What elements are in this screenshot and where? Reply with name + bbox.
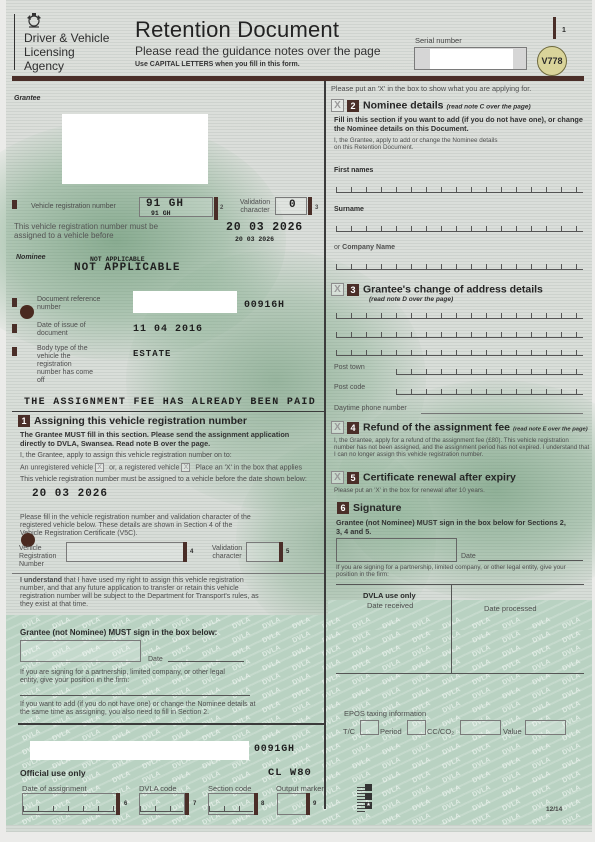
section-code-field[interactable]: [208, 793, 255, 815]
or-label: or: [334, 244, 342, 251]
epos-period-input[interactable]: [407, 720, 426, 735]
date-processed-label: Date processed: [484, 605, 537, 614]
section-3-checkbox[interactable]: X: [331, 283, 344, 296]
grantee-label: Grantee: [14, 95, 40, 102]
field-end-bar: [116, 793, 120, 815]
field-end-bar: [279, 542, 283, 562]
section-2-heading: X2Nominee details (read note C over the …: [331, 99, 531, 112]
issue-date-value: 11 04 2016: [133, 324, 203, 335]
assign-before-label: This vehicle registration number must be…: [14, 222, 174, 240]
section-6-heading: 6Signature: [337, 502, 401, 514]
phone-input[interactable]: [421, 413, 583, 414]
section-3-title: Grantee's change of address details: [363, 283, 543, 295]
nominee-value: NOT APPLICABLE: [74, 262, 180, 274]
section-3-note: (read note D over the page): [369, 296, 453, 303]
field-marker: [12, 298, 17, 307]
assign-before-value: 20 03 2026: [226, 221, 303, 234]
dvla-use-divider: [451, 585, 452, 673]
section-divider: [18, 723, 324, 725]
doc-ref-redacted: [133, 291, 237, 313]
dvla-use-bottom-line: [336, 673, 584, 674]
section-1-fill-in-text: Please fill in the vehicle registration …: [20, 514, 255, 538]
section-2-checkbox[interactable]: X: [331, 99, 344, 112]
section-6-position-line[interactable]: [336, 584, 584, 585]
header-rule: [12, 76, 584, 81]
date-received-label: Date received: [367, 602, 413, 611]
phone-label: Daytime phone number: [334, 405, 407, 413]
surname-input[interactable]: [336, 224, 583, 232]
grantee-address-redacted: [62, 114, 208, 184]
box-number-9: 9: [313, 801, 316, 807]
grantee-position-text: If you are signing for a partnership, li…: [20, 669, 245, 685]
section-5-number: 5: [347, 472, 359, 484]
agency-line-2: Licensing: [24, 45, 109, 59]
royal-crest-icon: [24, 12, 44, 30]
understand-bold: I understand: [20, 577, 62, 584]
field-end-bar: [308, 197, 312, 215]
doc-ref-label: Document reference number: [37, 296, 107, 312]
section-1-heading: 1Assigning this vehicle registration num…: [18, 415, 247, 427]
grantee-sign-date-label: Date: [148, 656, 163, 664]
reg-number-value: 91 GH: [146, 198, 184, 210]
section-1-validation-input[interactable]: [246, 542, 280, 562]
footer-ref-code: 0091GH: [254, 744, 295, 755]
dvla-code-field[interactable]: [139, 793, 185, 815]
section-2-note: (read note C over the page): [446, 103, 530, 110]
section-3-number: 3: [347, 284, 359, 296]
date-of-assignment-field[interactable]: [22, 793, 117, 815]
retention-document-page: DVLADVLADVLADVLADVLADVLADVLADVLADVLADVLA…: [6, 0, 592, 832]
field-end-bar: [254, 793, 258, 815]
section-6-bold-text: Grantee (not Nominee) MUST sign in the b…: [336, 518, 566, 536]
post-town-label: Post town: [334, 364, 365, 372]
epos-tc-label: T/C: [343, 728, 355, 737]
section-4-heading: X4Refund of the assignment fee (read not…: [331, 421, 588, 434]
unregistered-vehicle-label: An unregistered vehicle: [20, 464, 93, 471]
reg-number-value-small: 91 GH: [151, 210, 171, 217]
office-code: CL W80: [268, 767, 312, 779]
validation-label: Validation character: [235, 199, 275, 215]
field-end-bar: [183, 542, 187, 562]
agency-line-3: Agency: [24, 59, 109, 73]
box-number-8: 8: [261, 801, 264, 807]
first-names-input[interactable]: [336, 185, 583, 193]
epos-value-label: Value: [503, 728, 522, 737]
section-3-heading: X3Grantee's change of address details: [331, 283, 543, 296]
section-2-number: 2: [347, 100, 359, 112]
company-name-label: or Company Name: [334, 244, 395, 252]
serial-number-redacted: [430, 49, 513, 69]
field-marker: [12, 347, 17, 356]
first-names-label: First names: [334, 167, 373, 174]
epos-value-input[interactable]: [525, 720, 566, 735]
section-1-validation-label: Validation character: [209, 545, 245, 561]
reg-number-label: Vehicle registration number: [31, 203, 116, 211]
issue-date-label: Date of issue of document: [37, 322, 92, 338]
address-line-3-input[interactable]: [336, 348, 583, 356]
recycle-icon: [365, 784, 372, 791]
barcode-icon: [357, 786, 365, 812]
company-label: Company Name: [342, 244, 395, 251]
grantee-sign-date-line[interactable]: [168, 661, 244, 662]
punch-hole: [20, 305, 34, 319]
registered-vehicle-label: or, a registered vehicle: [109, 464, 179, 471]
doc-ref-value: 00916H: [244, 300, 285, 311]
section-1-instructions: The Grantee MUST fill in this section. P…: [20, 431, 310, 449]
grantee-position-line[interactable]: [20, 695, 250, 696]
must-assign-line: This vehicle registration number must be…: [20, 476, 307, 484]
section-6-date-label: Date: [461, 553, 476, 561]
nominee-label: Nominee: [16, 254, 46, 261]
section-2-bold-text: Fill in this section if you want to add …: [334, 116, 588, 134]
print-code: 12/14: [546, 806, 562, 813]
epos-cc-label: CC/CO₂: [427, 728, 454, 737]
field-end-bar: [214, 197, 218, 220]
section-4-number: 4: [347, 422, 359, 434]
section-divider: [12, 411, 324, 412]
grantee-signature-box[interactable]: [20, 640, 141, 662]
validation-value: 0: [289, 199, 296, 211]
section-6-position-text: If you are signing for a partnership, li…: [336, 564, 586, 578]
box-number-6: 6: [124, 801, 127, 807]
applying-instruction: Please put an 'X' in the box to show wha…: [331, 85, 531, 93]
section-6-number: 6: [337, 502, 349, 514]
section-2-title: Nominee details: [363, 99, 444, 111]
serial-number-label: Serial number: [415, 36, 462, 45]
section-1-title: Assigning this vehicle registration numb…: [34, 415, 247, 427]
section-6-date-line[interactable]: [478, 560, 583, 561]
registered-vehicle-checkbox[interactable]: X: [181, 463, 190, 472]
vrn-label: Vehicle Registration Number: [19, 545, 67, 569]
braille-icon: [365, 793, 372, 800]
footer-reference-redacted: [30, 741, 249, 760]
dvla-use-title: DVLA use only: [363, 591, 416, 600]
epos-period-label: Period: [380, 728, 402, 737]
copy-marker: [553, 17, 556, 39]
section-5-text: Please put an 'X' in the box for renewal…: [334, 487, 485, 494]
section-5-title: Certificate renewal after expiry: [363, 471, 516, 483]
body-type-value: ESTATE: [133, 349, 171, 359]
grantee-sign-title: Grantee (not Nominee) MUST sign in the b…: [20, 628, 217, 637]
section-2-apply-text: I, the Grantee, apply to add or change t…: [334, 137, 504, 151]
section-divider: [12, 573, 324, 574]
agency-name: Driver & Vehicle Licensing Agency: [24, 31, 109, 73]
nominee-section-note: If you want to add (if you do not have o…: [20, 701, 260, 717]
vehicle-type-choice: An unregistered vehicle X or, a register…: [20, 463, 302, 472]
post-code-input[interactable]: [396, 387, 583, 395]
address-line-1-input[interactable]: [336, 311, 583, 319]
box-number-7: 7: [193, 801, 196, 807]
section-1-date-value: 20 03 2026: [32, 488, 108, 500]
understand-text: I understand that I have used my right t…: [20, 577, 260, 609]
epos-cc-input[interactable]: [460, 720, 501, 735]
document-subtitle: Please read the guidance notes over the …: [135, 44, 381, 58]
address-line-2-input[interactable]: [336, 330, 583, 338]
form-code-badge: V778: [537, 46, 567, 76]
epos-tc-input[interactable]: [360, 720, 379, 735]
post-code-label: Post code: [334, 384, 365, 392]
place-x-instruction: Place an 'X' in the box that applies: [195, 464, 302, 471]
box-number-4: 4: [190, 549, 193, 555]
unregistered-vehicle-checkbox[interactable]: X: [95, 463, 104, 472]
section-4-title: Refund of the assignment fee: [363, 421, 510, 433]
field-marker: [12, 200, 17, 209]
section-4-note: (read note E over the page): [513, 426, 588, 432]
official-use-label: Official use only: [20, 768, 86, 778]
post-town-input[interactable]: [396, 367, 583, 375]
box-number-5: 5: [286, 549, 289, 555]
document-title: Retention Document: [135, 17, 339, 43]
field-end-bar: [185, 793, 189, 815]
fee-paid-notice: THE ASSIGNMENT FEE HAS ALREADY BEEN PAID: [24, 397, 316, 408]
section-4-text: I, the Grantee, apply for a refund of th…: [334, 437, 590, 458]
star-icon: ★: [365, 802, 372, 809]
section-1-number: 1: [18, 415, 30, 427]
box-number-2: 2: [220, 205, 223, 212]
header-divider: [14, 14, 15, 70]
assign-before-value-small: 20 03 2026: [235, 236, 274, 243]
box-number-3: 3: [315, 205, 318, 212]
surname-label: Surname: [334, 206, 364, 213]
column-divider: [324, 81, 326, 809]
section-6-title: Signature: [353, 502, 401, 514]
output-marker-field[interactable]: [277, 793, 307, 815]
copy-number: 1: [562, 27, 566, 34]
capital-letters-note: Use CAPITAL LETTERS when you fill in thi…: [135, 61, 300, 68]
field-end-bar: [306, 793, 310, 815]
section-5-heading: X5Certificate renewal after expiry: [331, 471, 516, 484]
section-6-signature-box[interactable]: [336, 538, 457, 562]
section-1-apply-line: I, the Grantee, apply to assign this veh…: [20, 452, 232, 460]
body-type-label: Body type of the vehicle the registratio…: [37, 345, 95, 385]
section-4-checkbox[interactable]: X: [331, 421, 344, 434]
agency-line-1: Driver & Vehicle: [24, 31, 109, 45]
epos-title: EPOS taxing information: [344, 710, 426, 719]
vrn-input[interactable]: [66, 542, 184, 562]
company-name-input[interactable]: [336, 262, 583, 270]
field-marker: [12, 324, 17, 333]
section-5-checkbox[interactable]: X: [331, 471, 344, 484]
